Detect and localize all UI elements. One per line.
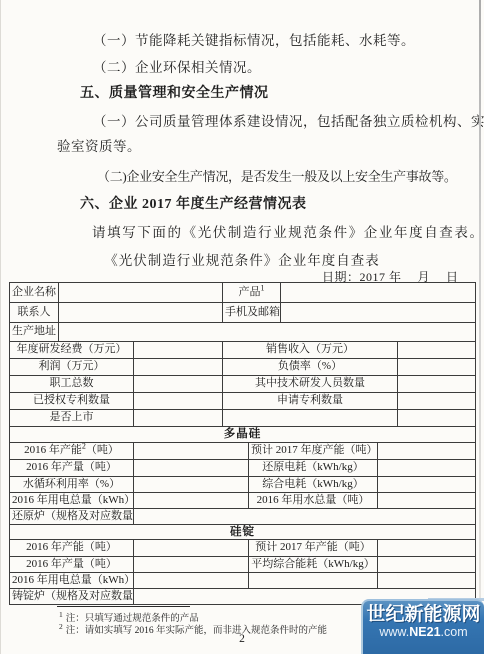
section-row-polysilicon: 多晶硅 [10,427,476,443]
table-row: 2016 年产能2（吨） 预计 2017 年度产能（吨） [10,443,476,460]
cell-output-2016-label: 2016 年产量（吨） [10,460,134,477]
table-row: 年度研发经费（万元） 销售收入（万元） [10,342,476,359]
cell-water-recycle-value [134,477,249,493]
list-item-1-1: （一）节能降耗关键指标情况，包括能耗、水耗等。 [93,29,415,49]
footnote-2-marker: 2 [59,622,63,631]
self-check-table: 企业名称 产品1 联系人 手机及邮箱 生产地址 年度研发经费（万元） 销售收入（… [9,282,476,605]
cell-capacity-2017-value [378,443,476,460]
cell-product-value [281,283,476,303]
section-heading-6: 六、企业 2017 年度生产经营情况表 [80,193,307,213]
list-item-5-2: （二)企业安全生产情况，是否发生一般及以上安全生产事故等。 [97,166,457,185]
cell-ingot-capacity-2016-value [134,540,249,557]
cell-reduction-power-value [378,460,476,477]
scanned-document-page: （一）节能降耗关键指标情况，包括能耗、水耗等。 （二）企业环保相关情况。 五、质… [0,0,484,654]
cell-granted-patents-label: 已授权专利数量 [10,393,134,410]
cell-electricity-2016-label: 2016 年用电总量（kWh） [10,493,134,509]
footnote-divider [57,606,190,607]
table-row: 已授权专利数量 申请专利数量 [10,393,476,410]
cell-sales-revenue-value [398,342,476,359]
cell-ingot-output-2016-label: 2016 年产量（吨） [10,557,134,573]
cell-total-power-label: 综合电耗（kWh/kg） [249,477,378,493]
cell-capacity-2017-label: 预计 2017 年度产能（吨） [249,443,378,460]
cell-blank [378,573,476,589]
cell-rd-staff-value [398,376,476,393]
scan-edge-left [0,0,1,654]
cell-capacity-2016-label: 2016 年产能2（吨） [10,443,134,460]
cell-total-power-value [378,477,476,493]
cell-profit-label: 利润（万元） [10,359,134,376]
section-heading-5: 五、质量管理和安全生产情况 [80,82,269,102]
cell-address-value [59,323,476,342]
table-row: 2016 年产能（吨） 预计 2017 年产能（吨） [10,540,476,557]
table-row: 利润（万元） 负债率（%） [10,359,476,376]
list-item-1-2: （二）企业环保相关情况。 [93,56,261,76]
cell-ingot-capacity-2016-label: 2016 年产能（吨） [10,540,134,557]
table-row: 2016 年用电总量（kWh） 2016 年用水总量（吨） [10,493,476,509]
table-row: 水循环利用率（%） 综合电耗（kWh/kg） [10,477,476,493]
cell-capacity-2016-value [134,443,249,460]
cell-blank [249,573,378,589]
cell-water-recycle-label: 水循环利用率（%） [10,477,134,493]
cell-rd-budget-value [134,342,223,359]
cell-ingot-capacity-2017-label: 预计 2017 年产能（吨） [249,540,378,557]
table-title: 《光伏制造行业规范条件》企业年度自查表 [0,249,484,269]
table-row: 企业名称 产品1 [10,283,476,303]
cell-ingot-capacity-2017-value [378,540,476,557]
table-row: 职工总数 其中技术研发人员数量 [10,376,476,393]
cell-listed-value [134,410,223,427]
table-row: 生产地址 [10,323,476,342]
cell-output-2016-value [134,460,249,477]
table-row: 2016 年产量（吨） 平均综合能耗（kWh/kg） [10,557,476,573]
cell-sales-revenue-label: 销售收入（万元） [223,342,398,359]
cell-ingot-electricity-value [134,573,249,589]
cell-ingot-output-2016-value [134,557,249,573]
cell-contact-value [59,303,223,323]
cell-listed-label: 是否上市 [10,410,134,427]
section-title-polysilicon: 多晶硅 [10,427,476,443]
footnote-marker-1: 1 [261,283,265,292]
cell-profit-value [134,359,223,376]
table-row: 还原炉（规格及对应数量） [10,509,476,525]
cell-company-name-label: 企业名称 [10,283,59,303]
cell-phone-email-value [281,303,476,323]
cell-granted-patents-value [134,393,223,410]
cell-water-2016-label: 2016 年用水总量（吨） [249,493,378,509]
cell-blank [398,410,476,427]
cell-product-label: 产品1 [223,283,281,303]
cell-address-label: 生产地址 [10,323,59,342]
section-row-silicon-ingot: 硅锭 [10,525,476,540]
ne21-watermark-logo: 世纪新能源网 www.NE21.com [361,599,484,654]
table-row: 2016 年产量（吨） 还原电耗（kWh/kg） [10,460,476,477]
cell-avg-energy-value [378,557,476,573]
ne21-logo-url: www.NE21.com [363,626,484,640]
cell-phone-email-label: 手机及邮箱 [223,303,281,323]
cell-applied-patents-label: 申请专利数量 [223,393,398,410]
list-item-5-1-line2: 验室资质等。 [57,135,141,155]
cell-applied-patents-value [398,393,476,410]
cell-rd-staff-label: 其中技术研发人员数量 [223,376,398,393]
scan-edge-right [479,0,481,600]
cell-rd-budget-label: 年度研发经费（万元） [10,342,134,359]
cell-debt-ratio-label: 负债率（%） [223,359,398,376]
cell-reduction-furnace-value [134,509,476,525]
table-row: 是否上市 [10,410,476,427]
footnote-1-marker: 1 [59,610,63,619]
cell-staff-total-label: 职工总数 [10,376,134,393]
cell-electricity-2016-value [134,493,249,509]
list-item-5-1-line1: （一）公司质量管理体系建设情况，包括配备独立质检机构、实 [93,110,484,130]
cell-reduction-furnace-label: 还原炉（规格及对应数量） [10,509,134,525]
cell-blank [223,410,398,427]
instruction-line: 请填写下面的《光伏制造行业规范条件》企业年度自查表。 [92,221,484,241]
cell-ingot-electricity-label: 2016 年用电总量（kWh） [10,573,134,589]
cell-company-name-value [59,283,223,303]
cell-water-2016-value [378,493,476,509]
cell-avg-energy-label: 平均综合能耗（kWh/kg） [249,557,378,573]
ne21-logo-title: 世纪新能源网 [363,604,484,626]
cell-contact-label: 联系人 [10,303,59,323]
section-title-silicon-ingot: 硅锭 [10,525,476,540]
table-row: 联系人 手机及邮箱 [10,303,476,323]
cell-reduction-power-label: 还原电耗（kWh/kg） [249,460,378,477]
table-row: 2016 年用电总量（kWh） [10,573,476,589]
cell-debt-ratio-value [398,359,476,376]
cell-casting-furnace-label: 铸锭炉（规格及对应数量） [10,589,134,605]
cell-staff-total-value [134,376,223,393]
